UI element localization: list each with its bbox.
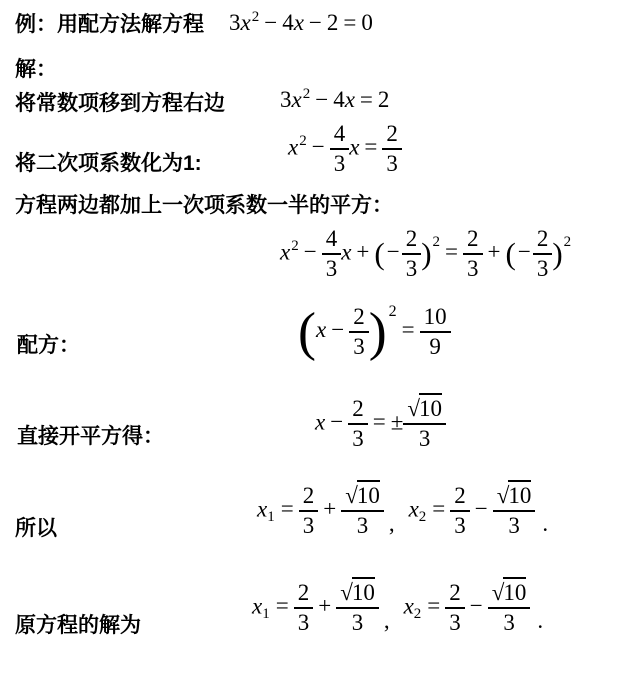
radical-sign: √ — [345, 483, 358, 508]
minus-op: − — [309, 10, 322, 35]
equals-op: = — [402, 317, 415, 342]
math-var: x — [294, 10, 304, 35]
numerator: 2 — [450, 484, 470, 512]
subscript: 1 — [262, 606, 270, 622]
denominator: 3 — [450, 512, 470, 538]
denominator: 3 — [403, 425, 446, 451]
denominator: 3 — [341, 512, 384, 538]
numerator: √10 — [336, 581, 379, 609]
subscript: 2 — [419, 509, 427, 525]
denominator: 3 — [336, 609, 379, 635]
math-var: x — [315, 409, 325, 434]
math-num: 4 — [333, 87, 345, 112]
fraction: 23 — [463, 227, 483, 281]
fraction: 23 — [349, 305, 369, 359]
equals-op: = — [427, 593, 440, 618]
plus-op: + — [488, 239, 501, 264]
math-num: 2 — [378, 87, 390, 112]
equation-original: 3x2−4x−2=0 — [229, 9, 373, 36]
equation-final-roots: x1=23+√103,x2=23−√103. — [252, 581, 543, 635]
exponent: 2 — [389, 303, 397, 320]
close-paren: ) — [552, 236, 562, 271]
minus-op: − — [330, 409, 343, 434]
denominator: 3 — [330, 150, 350, 176]
fraction: 23 — [294, 581, 314, 635]
minus-op: − — [312, 134, 325, 159]
math-var: x — [257, 496, 267, 521]
label-take-root: 直接开平方得： — [17, 424, 164, 449]
exponent: 2 — [433, 234, 441, 250]
close-paren: ) — [421, 236, 431, 271]
document-page: 例：用配方法解方程 3x2−4x−2=0 解： 将常数项移到方程右边 3x2−4… — [0, 0, 640, 675]
radicand: 10 — [352, 577, 375, 605]
math-num: 3 — [280, 87, 292, 112]
equals-op: = — [281, 496, 294, 521]
numerator: 2 — [349, 305, 369, 333]
open-paren: ( — [506, 236, 516, 271]
radical-sign: √ — [340, 580, 353, 605]
fraction: 23 — [450, 484, 470, 538]
minus-op: − — [518, 239, 531, 264]
fraction: 109 — [420, 305, 451, 359]
minus-op: − — [264, 10, 277, 35]
radicand: 10 — [508, 480, 531, 508]
label-final-answer: 原方程的解为 — [15, 613, 141, 638]
radicand: 10 — [419, 393, 442, 421]
fraction: 23 — [533, 227, 553, 281]
equals-op: = — [276, 593, 289, 618]
label-example: 例：用配方法解方程 — [15, 12, 204, 37]
equals-op: = — [343, 10, 356, 35]
equals-op: = — [373, 409, 386, 434]
minus-op: − — [331, 317, 344, 342]
math-num: 2 — [327, 10, 339, 35]
equation-add-half-square: x2−43x+(−23)2=23+(−23)2 — [280, 227, 571, 281]
equals-op: = — [360, 87, 373, 112]
period: . — [537, 608, 543, 633]
math-var: x — [341, 239, 351, 264]
math-var: x — [409, 496, 419, 521]
equals-op: = — [445, 239, 458, 264]
label-move-constant: 将常数项移到方程右边 — [15, 91, 225, 116]
comma: , — [384, 608, 390, 633]
numerator: 2 — [463, 227, 483, 255]
math-var: x — [252, 593, 262, 618]
math-var: x — [404, 593, 414, 618]
math-var: x — [241, 10, 251, 35]
label-therefore: 所以 — [15, 516, 57, 541]
fraction: √103 — [403, 397, 446, 451]
denominator: 3 — [348, 425, 368, 451]
fraction: 23 — [382, 122, 402, 176]
fraction: √103 — [341, 484, 384, 538]
plus-op: + — [323, 496, 336, 521]
plus-op: + — [356, 239, 369, 264]
minus-op: − — [304, 239, 317, 264]
math-num: 4 — [282, 10, 294, 35]
denominator: 3 — [445, 609, 465, 635]
equation-roots: x1=23+√103,x2=23−√103. — [257, 484, 548, 538]
numerator: 4 — [330, 122, 350, 150]
minus-op: − — [470, 593, 483, 618]
numerator: √10 — [493, 484, 536, 512]
denominator: 9 — [420, 333, 451, 359]
fraction: 43 — [330, 122, 350, 176]
fraction: 23 — [299, 484, 319, 538]
subscript: 1 — [267, 509, 275, 525]
numerator: 2 — [348, 397, 368, 425]
denominator: 3 — [402, 255, 422, 281]
equals-op: = — [432, 496, 445, 521]
numerator: 10 — [420, 305, 451, 333]
numerator: √10 — [488, 581, 531, 609]
denominator: 3 — [463, 255, 483, 281]
numerator: 2 — [294, 581, 314, 609]
equation-move-constant: 3x2−4x=2 — [280, 86, 389, 113]
numerator: √10 — [341, 484, 384, 512]
exponent: 2 — [564, 234, 572, 250]
denominator: 3 — [382, 150, 402, 176]
math-var: x — [345, 87, 355, 112]
comma: , — [389, 511, 395, 536]
plus-minus-op: ± — [391, 409, 404, 434]
exponent: 2 — [299, 133, 307, 149]
plus-op: + — [318, 593, 331, 618]
denominator: 3 — [349, 333, 369, 359]
numerator: 2 — [382, 122, 402, 150]
fraction: 23 — [402, 227, 422, 281]
math-var: x — [292, 87, 302, 112]
math-num: 3 — [229, 10, 241, 35]
exponent: 2 — [291, 238, 299, 254]
equation-completed-square: (x−23)2=109 — [298, 303, 451, 359]
numerator: 2 — [445, 581, 465, 609]
denominator: 3 — [533, 255, 553, 281]
radicand: 10 — [503, 577, 526, 605]
numerator: 4 — [322, 227, 342, 255]
numerator: 2 — [402, 227, 422, 255]
fraction: 23 — [445, 581, 465, 635]
denominator: 3 — [493, 512, 536, 538]
minus-op: − — [475, 496, 488, 521]
fraction: √103 — [336, 581, 379, 635]
close-paren: ) — [369, 302, 387, 362]
math-var: x — [349, 134, 359, 159]
fraction: √103 — [493, 484, 536, 538]
label-solve: 解： — [15, 57, 57, 82]
math-var: x — [316, 317, 326, 342]
equation-square-root: x−23=±√103 — [315, 397, 446, 451]
label-add-square: 方程两边都加上一次项系数一半的平方： — [15, 193, 393, 218]
numerator: 2 — [299, 484, 319, 512]
exponent: 2 — [303, 86, 311, 102]
minus-op: − — [387, 239, 400, 264]
equals-op: = — [364, 134, 377, 159]
label-normalize: 将二次项系数化为1: — [15, 151, 202, 176]
radicand: 10 — [357, 480, 380, 508]
numerator: √10 — [403, 397, 446, 425]
subscript: 2 — [414, 606, 422, 622]
open-paren: ( — [374, 236, 384, 271]
minus-op: − — [315, 87, 328, 112]
label-complete-square: 配方： — [17, 333, 80, 358]
numerator: 2 — [533, 227, 553, 255]
fraction: √103 — [488, 581, 531, 635]
denominator: 3 — [299, 512, 319, 538]
open-paren: ( — [298, 302, 316, 362]
denominator: 3 — [294, 609, 314, 635]
equation-normalized: x2−43x=23 — [288, 122, 402, 176]
denominator: 3 — [488, 609, 531, 635]
fraction: 23 — [348, 397, 368, 451]
math-var: x — [288, 134, 298, 159]
exponent: 2 — [252, 9, 260, 25]
fraction: 43 — [322, 227, 342, 281]
math-var: x — [280, 239, 290, 264]
denominator: 3 — [322, 255, 342, 281]
period: . — [542, 511, 548, 536]
math-num: 0 — [361, 10, 373, 35]
